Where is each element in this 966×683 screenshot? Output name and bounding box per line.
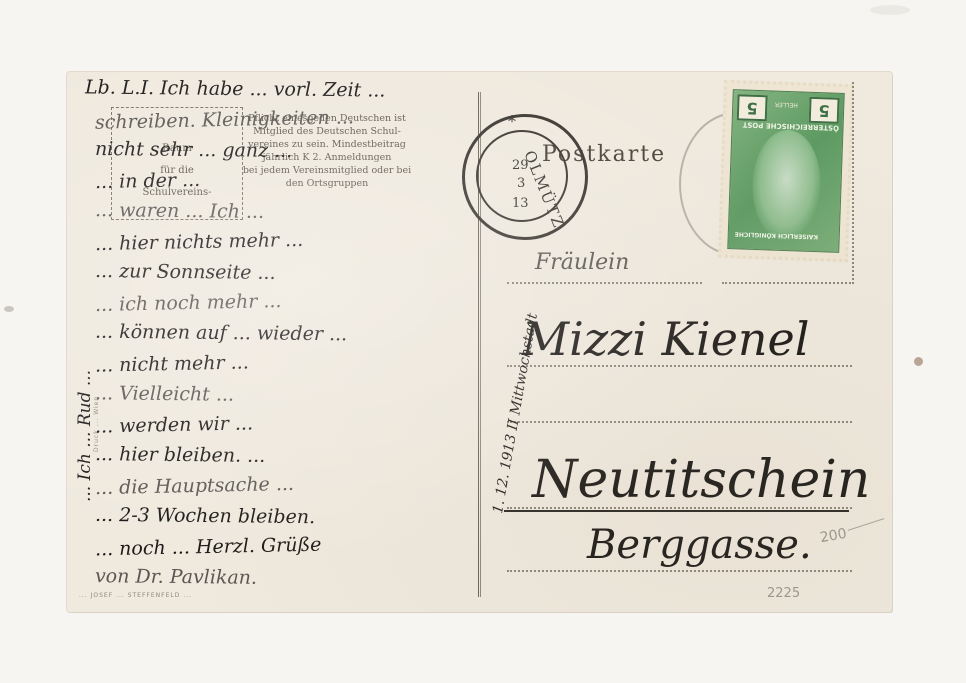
address-city: Neutitschein: [532, 450, 870, 510]
address-line: [507, 570, 852, 572]
pencil-inventory-note: 2225: [767, 586, 800, 601]
message-line: ... zur Sonnseite ...: [95, 260, 276, 284]
background-spot: [870, 5, 910, 15]
message-line: schreiben. Kleinigkeiten ...: [95, 106, 354, 133]
address-line: [507, 282, 702, 284]
address-line: [507, 421, 852, 423]
background-spot: [914, 357, 923, 366]
message-line: ... die Hauptsache ...: [95, 472, 294, 498]
postmark-day: 29: [512, 158, 529, 173]
message-line: ... in der ...: [95, 168, 201, 192]
address-salutation: Fräulein: [535, 250, 629, 275]
message-line: ... noch ... Herzl. Grüße: [95, 533, 322, 560]
printed-line: den Ortsgruppen: [232, 177, 422, 190]
stamp-placeholder-box: [722, 82, 854, 284]
message-line: ... können auf ... wieder ...: [95, 321, 347, 346]
pencil-price-line: [848, 518, 884, 531]
message-line: ... 2-3 Wochen bleiben.: [95, 504, 315, 528]
postcard: Raum für die Schulvereins- Pflicht eines…: [67, 72, 892, 612]
message-line: von Dr. Pavlikan.: [95, 565, 257, 589]
background-spot: [4, 306, 14, 312]
message-line: nicht sehr ... ganz ...: [95, 138, 293, 162]
printer-imprint-bottom: ... JOSEF ... STEFFENFELD ...: [79, 592, 192, 599]
postmark-star: *: [508, 112, 516, 131]
message-line: ... Vielleicht ...: [95, 382, 234, 405]
postmark-year: 13: [512, 196, 529, 211]
message-line: ... hier nichts mehr ...: [95, 228, 304, 254]
message-line: ... hier bleiben. ...: [95, 443, 265, 467]
address-street: Berggasse.: [587, 522, 812, 568]
message-line: Lb. L.I. Ich habe ... vorl. Zeit ...: [85, 76, 386, 101]
printed-line: bei jedem Vereinsmitglied oder bei: [232, 164, 422, 177]
message-line: ... waren ... Ich ...: [95, 199, 264, 223]
message-line: ... nicht mehr ...: [95, 351, 249, 376]
postmark-month: 3: [517, 176, 525, 191]
address-name: Mizzi Kienel: [522, 312, 809, 366]
message-line: ... ich noch mehr ...: [95, 290, 282, 316]
address-underline: [504, 510, 849, 512]
left-margin-note: ... Ich ... Rud ...: [75, 370, 95, 502]
message-line: ... werden wir ...: [95, 412, 253, 437]
pencil-price-note: 200: [819, 526, 848, 546]
